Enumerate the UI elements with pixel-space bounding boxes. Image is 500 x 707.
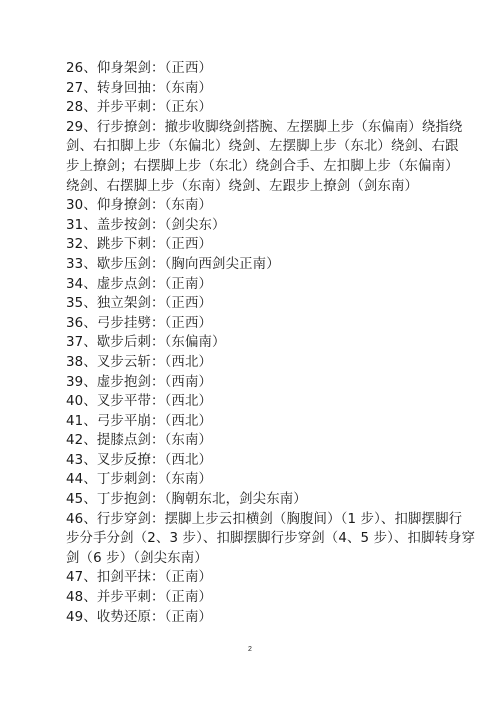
document-body: 26、仰身架剑：（正西） 27、转身回抽：（东南） 28、并步平刺：（正东） 2… [66, 59, 446, 627]
list-item-35: 35、独立架剑：（正西） [66, 294, 446, 314]
list-item-29-continued: 步上撩剑；右摆脚上步（东北）绕剑合手、左扣脚上步（东偏南） [66, 157, 446, 177]
list-item-26: 26、仰身架剑：（正西） [66, 59, 446, 79]
list-item-34: 34、虚步点剑：（正南） [66, 275, 446, 295]
list-item-46-continued: 剑（6 步）（剑尖东南） [66, 549, 446, 569]
list-item-39: 39、虚步抱剑：（西南） [66, 373, 446, 393]
list-item-30: 30、仰身撩剑：（东南） [66, 196, 446, 216]
list-item-41: 41、弓步平崩：（西北） [66, 412, 446, 432]
list-item-27: 27、转身回抽：（东南） [66, 79, 446, 99]
list-item-37: 37、歇步后刺：（东偏南） [66, 333, 446, 353]
list-item-40: 40、叉步平带：（西北） [66, 392, 446, 412]
list-item-29-continued: 剑、右扣脚上步（东偏北）绕剑、左摆脚上步（东北）绕剑、右跟 [66, 137, 446, 157]
list-item-28: 28、并步平刺：（正东） [66, 98, 446, 118]
list-item-33: 33、歇步压剑：（胸向西剑尖正南） [66, 255, 446, 275]
list-item-44: 44、丁步刺剑：（东南） [66, 470, 446, 490]
list-item-48: 48、并步平刺：（正南） [66, 588, 446, 608]
list-item-43: 43、叉步反撩：（西北） [66, 451, 446, 471]
list-item-42: 42、提膝点剑：（东南） [66, 431, 446, 451]
list-item-49: 49、收势还原：（正南） [66, 608, 446, 628]
page-number: 2 [0, 646, 500, 653]
list-item-29: 29、行步撩剑：撤步收脚绕剑搭腕、左摆脚上步（东偏南）绕指绕 [66, 118, 446, 138]
list-item-36: 36、弓步挂劈：（正西） [66, 314, 446, 334]
list-item-45: 45、丁步抱剑：（胸朝东北，剑尖东南） [66, 490, 446, 510]
document-page: 26、仰身架剑：（正西） 27、转身回抽：（东南） 28、并步平刺：（正东） 2… [0, 0, 500, 707]
list-item-31: 31、盖步按剑：（剑尖东） [66, 216, 446, 236]
list-item-29-continued: 绕剑、右摆脚上步（东南）绕剑、左跟步上撩剑（剑东南） [66, 177, 446, 197]
list-item-32: 32、跳步下刺：（正西） [66, 235, 446, 255]
list-item-46: 46、行步穿剑：摆脚上步云扣横剑（胸腹间）（1 步）、扣脚摆脚行 [66, 510, 446, 530]
list-item-38: 38、叉步云斩：（西北） [66, 353, 446, 373]
list-item-47: 47、扣剑平抹：（正南） [66, 568, 446, 588]
list-item-46-continued: 步分手分剑（2、3 步）、扣脚摆脚行步穿剑（4、5 步）、扣脚转身穿 [66, 529, 446, 549]
